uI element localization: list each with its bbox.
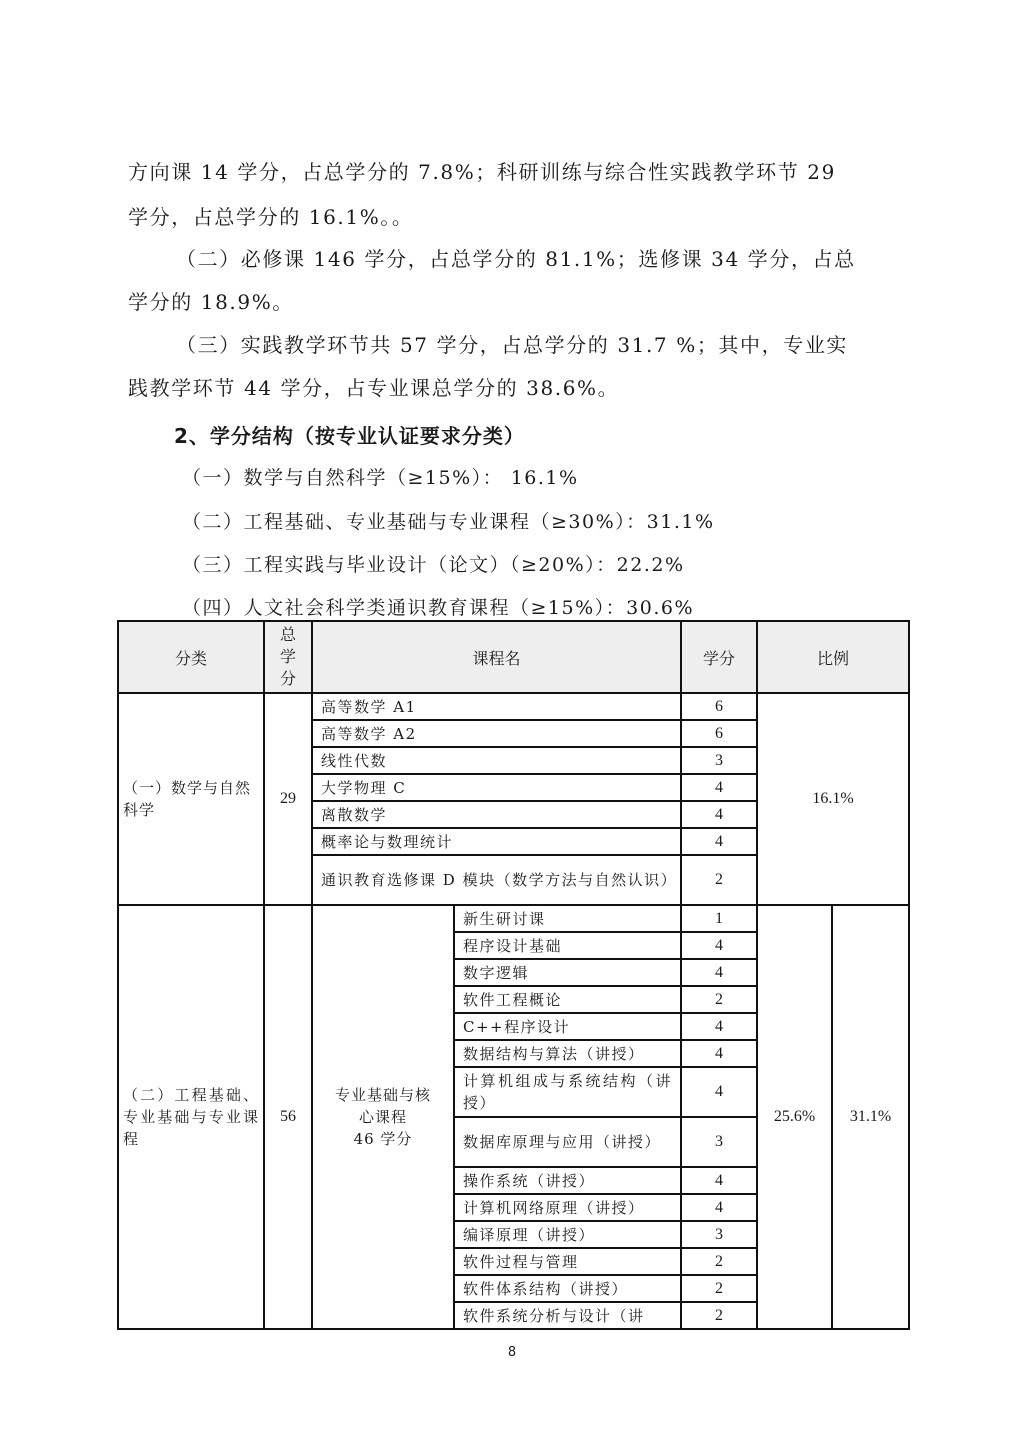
ratio-cell: 16.1% xyxy=(757,693,909,905)
course-name: 线性代数 xyxy=(312,747,681,774)
header-ratio: 比例 xyxy=(757,621,909,693)
course-name: 数字逻辑 xyxy=(454,959,681,986)
paragraph-line: 践教学环节 44 学分，占专业课总学分的 38.6%。 xyxy=(128,378,900,398)
category-cell: （一）数学与自然科学 xyxy=(118,693,264,905)
course-name: 高等数学 A2 xyxy=(312,720,681,747)
course-credits: 4 xyxy=(681,828,757,855)
table-row: （一）数学与自然科学 29 高等数学 A1 6 16.1% xyxy=(118,693,909,720)
structure-item-2: （二）工程基础、专业基础与专业课程（≥30%）：31.1% xyxy=(182,507,715,534)
category-cell: （二）工程基础、专业基础与专业课程 xyxy=(118,905,264,1329)
course-name: 通识教育选修课 D 模块（数学方法与自然认识） xyxy=(312,855,681,905)
course-name: 软件体系结构（讲授） xyxy=(454,1275,681,1302)
page-number: 8 xyxy=(0,1345,1024,1360)
course-credits: 4 xyxy=(681,1013,757,1040)
course-credits: 2 xyxy=(681,1275,757,1302)
header-course-name: 课程名 xyxy=(312,621,681,693)
course-credits: 2 xyxy=(681,1248,757,1275)
paragraph-line: 学分，占总学分的 16.1%。。 xyxy=(128,207,900,227)
course-credits: 6 xyxy=(681,720,757,747)
table-row: （二）工程基础、专业基础与专业课程 56 专业基础与核 心课程 46 学分 新生… xyxy=(118,905,909,932)
course-credits: 2 xyxy=(681,986,757,1013)
course-name: 新生研讨课 xyxy=(454,905,681,932)
course-credits: 4 xyxy=(681,959,757,986)
course-name: 数据结构与算法（讲授） xyxy=(454,1040,681,1067)
course-credits: 2 xyxy=(681,1302,757,1329)
ratio-cell: 31.1% xyxy=(832,905,909,1329)
total-credits-cell: 56 xyxy=(264,905,312,1329)
course-credits: 3 xyxy=(681,1221,757,1248)
course-credits: 6 xyxy=(681,693,757,720)
header-total-credits: 总 学 分 xyxy=(264,621,312,693)
course-credits: 4 xyxy=(681,774,757,801)
course-credits: 4 xyxy=(681,1040,757,1067)
course-name: 程序设计基础 xyxy=(454,932,681,959)
structure-item-1: （一）数学与自然科学（≥15%）： 16.1% xyxy=(182,463,579,490)
paragraph-line: 学分的 18.9%。 xyxy=(128,292,900,312)
course-name: C++程序设计 xyxy=(454,1013,681,1040)
course-credits: 3 xyxy=(681,1117,757,1167)
course-name: 软件工程概论 xyxy=(454,986,681,1013)
course-credits: 4 xyxy=(681,801,757,828)
course-name: 高等数学 A1 xyxy=(312,693,681,720)
subgroup-cell: 专业基础与核 心课程 46 学分 xyxy=(312,905,454,1329)
header-credits: 学分 xyxy=(681,621,757,693)
section-heading: 2、学分结构（按专业认证要求分类） xyxy=(174,420,525,449)
course-name: 软件过程与管理 xyxy=(454,1248,681,1275)
course-name: 操作系统（讲授） xyxy=(454,1167,681,1194)
course-credits: 4 xyxy=(681,1167,757,1194)
course-credits: 4 xyxy=(681,932,757,959)
course-name: 概率论与数理统计 xyxy=(312,828,681,855)
paragraph-line: 方向课 14 学分，占总学分的 7.8%；科研训练与综合性实践教学环节 29 xyxy=(128,162,900,182)
course-credits: 2 xyxy=(681,855,757,905)
course-credits: 4 xyxy=(681,1194,757,1221)
course-name: 编译原理（讲授） xyxy=(454,1221,681,1248)
header-category: 分类 xyxy=(118,621,264,693)
course-name: 计算机组成与系统结构（讲授） xyxy=(454,1067,681,1117)
course-name: 数据库原理与应用（讲授） xyxy=(454,1117,681,1167)
course-name: 计算机网络原理（讲授） xyxy=(454,1194,681,1221)
paragraph-line: （三）实践教学环节共 57 学分，占总学分的 31.7 %；其中，专业实 xyxy=(176,335,948,355)
credit-structure-table: 分类 总 学 分 课程名 学分 比例 （一）数学与自然科学 29 高等数学 A1… xyxy=(117,620,910,1330)
table-header-row: 分类 总 学 分 课程名 学分 比例 xyxy=(118,621,909,693)
course-credits: 1 xyxy=(681,905,757,932)
paragraph-line: （二）必修课 146 学分，占总学分的 81.1%；选修课 34 学分，占总 xyxy=(176,249,948,269)
course-credits: 3 xyxy=(681,747,757,774)
course-credits: 4 xyxy=(681,1067,757,1117)
course-name: 离散数学 xyxy=(312,801,681,828)
structure-item-4: （四）人文社会科学类通识教育课程（≥15%）：30.6% xyxy=(182,593,694,620)
course-name: 软件系统分析与设计（讲 xyxy=(454,1302,681,1329)
course-name: 大学物理 C xyxy=(312,774,681,801)
sub-ratio-cell: 25.6% xyxy=(757,905,832,1329)
total-credits-cell: 29 xyxy=(264,693,312,905)
structure-item-3: （三）工程实践与毕业设计（论文）（≥20%）：22.2% xyxy=(182,550,685,577)
